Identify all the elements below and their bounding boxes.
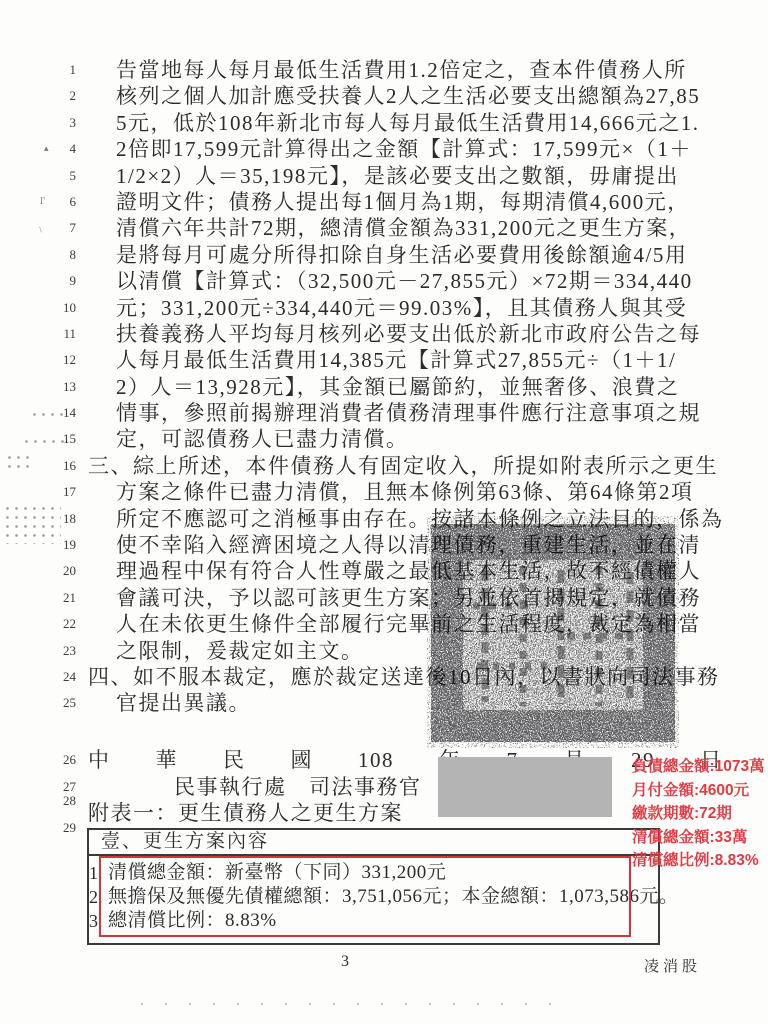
annotation-item: 負債總金額:1073萬 bbox=[632, 755, 765, 779]
annotation-item: 繳款期數:72期 bbox=[632, 802, 765, 826]
annotation-item: 清償總比例:8.83% bbox=[632, 849, 765, 873]
annotation-list: 負債總金額:1073萬月付金額:4600元繳款期數:72期清償總金額:33萬清償… bbox=[632, 755, 765, 873]
table-rows: 1. 清償總金額：新臺幣（下同）331,200元 2. 無擔保及無優先債權總額：… bbox=[89, 856, 658, 933]
document-line: 清償六年共計72期，總清償金額為331,200元之更生方案， bbox=[88, 215, 756, 241]
line-number: 20 bbox=[46, 558, 76, 584]
scan-artifact bbox=[3, 504, 61, 544]
line-number: 16 bbox=[46, 453, 76, 479]
table-row: 1. 清償總金額：新臺幣（下同）331,200元 bbox=[89, 861, 658, 885]
line-number: 11 bbox=[46, 321, 76, 347]
table-row: 2. 無擔保及無優先債權總額：3,751,056元；本金總額：1,073,586… bbox=[89, 885, 658, 909]
line-number: 25 bbox=[46, 690, 76, 716]
line-number-gutter: 1234567891011121314151617181920212223242… bbox=[46, 57, 76, 841]
line-number: 5 bbox=[46, 163, 76, 189]
line-number: 29 bbox=[46, 815, 76, 841]
scan-artifact bbox=[30, 410, 66, 419]
line-number: 3 bbox=[46, 110, 76, 136]
line-number: 7 bbox=[46, 215, 76, 241]
document-line: 以清償【計算式：（32,500元－27,855元）×72期＝334,440 bbox=[88, 268, 756, 294]
line-number: 12 bbox=[46, 347, 76, 373]
line-number: 17 bbox=[46, 479, 76, 505]
line-number: 1 bbox=[46, 57, 76, 83]
line-number: 10 bbox=[46, 295, 76, 321]
scan-artifact: ﹨ bbox=[36, 222, 45, 235]
line-number: 13 bbox=[46, 374, 76, 400]
table-row-number: 1. bbox=[89, 861, 108, 885]
scan-artifact bbox=[130, 1001, 570, 1007]
document-line: 證明文件；債務人提出每1個月為1期，每期清償4,600元， bbox=[88, 189, 756, 215]
table-row-text: 無擔保及無優先債權總額：3,751,056元；本金總額：1,073,586元。 bbox=[108, 885, 679, 909]
document-line: 三、綜上所述，本件債務人有固定收入，所提如附表所示之更生 bbox=[88, 453, 756, 479]
document-line: 情事，參照前揭辦理消費者債務清理事件應行注意事項之規 bbox=[88, 400, 756, 426]
line-number: 2 bbox=[46, 83, 76, 109]
annotation-item: 月付金額:4600元 bbox=[632, 779, 765, 803]
document-line: 是將每月可處分所得扣除自身生活必要費用後餘額逾4/5用 bbox=[88, 242, 756, 268]
line-number: 21 bbox=[46, 585, 76, 611]
scan-artifact bbox=[5, 453, 29, 471]
document-line: 5元，低於108年新北市每人每月最低生活費用14,666元之1. bbox=[88, 110, 756, 136]
table-row-text: 清償總金額：新臺幣（下同）331,200元 bbox=[108, 861, 446, 885]
line-number: 23 bbox=[46, 638, 76, 664]
scan-artifact: ▴ bbox=[44, 143, 49, 154]
table-row-number: 2. bbox=[89, 885, 108, 909]
document-line: 定，可認債務人已盡力清償。 bbox=[88, 426, 756, 452]
document-line: 2）人＝13,928元】，其金額已屬節約，並無奢侈、浪費之 bbox=[88, 374, 756, 400]
table-row: 3. 總清償比例：8.83% bbox=[89, 909, 658, 933]
table-row-number: 3. bbox=[89, 909, 108, 933]
table-header: 壹、更生方案內容 bbox=[89, 830, 658, 856]
line-number: 24 bbox=[46, 664, 76, 690]
rehab-plan-table: 壹、更生方案內容 1. 清償總金額：新臺幣（下同）331,200元 2. 無擔保… bbox=[87, 828, 660, 945]
document-line: 方案之條件已盡力清償，且無本條例第63條、第64條第2項 bbox=[88, 479, 756, 505]
document-line: 核列之個人加計應受扶養人2人之生活必要支出總額為27,85 bbox=[88, 83, 756, 109]
scan-artifact bbox=[22, 437, 68, 446]
document-line: 扶養義務人平均每月核列必要支出低於新北市政府公告之每 bbox=[88, 321, 756, 347]
document-line: 人每月最低生活費用14,385元【計算式27,855元÷（1＋1/ bbox=[88, 347, 756, 373]
line-number: 8 bbox=[46, 242, 76, 268]
line-number: 4 bbox=[46, 136, 76, 162]
line-number: 6 bbox=[46, 189, 76, 215]
line-number: 22 bbox=[46, 611, 76, 637]
document-line: 告當地每人每月最低生活費用1.2倍定之，查本件債務人所 bbox=[88, 57, 756, 83]
scanned-court-document-page: 1234567891011121314151617181920212223242… bbox=[0, 0, 768, 1024]
annotation-item: 清償總金額:33萬 bbox=[632, 826, 765, 850]
page-number: 3 bbox=[328, 953, 362, 971]
court-seal-stamp bbox=[427, 516, 679, 748]
redaction-box bbox=[438, 757, 612, 817]
line-number: 9 bbox=[46, 268, 76, 294]
line-number: 26 bbox=[46, 747, 76, 773]
table-row-text: 總清償比例：8.83% bbox=[108, 909, 277, 933]
document-line: 1/2×2）人＝35,198元】，是該必要支出之數額，毋庸提出 bbox=[88, 163, 756, 189]
document-line: 2倍即17,599元計算得出之金額【計算式：17,599元×（1＋ bbox=[88, 136, 756, 162]
document-line: 元；331,200元÷334,440元＝99.03%】，且其債務人與其受 bbox=[88, 295, 756, 321]
case-unit-label: 凌消股 bbox=[644, 955, 701, 976]
line-number: 28 bbox=[46, 788, 76, 814]
scan-artifact: Γ bbox=[40, 196, 45, 206]
